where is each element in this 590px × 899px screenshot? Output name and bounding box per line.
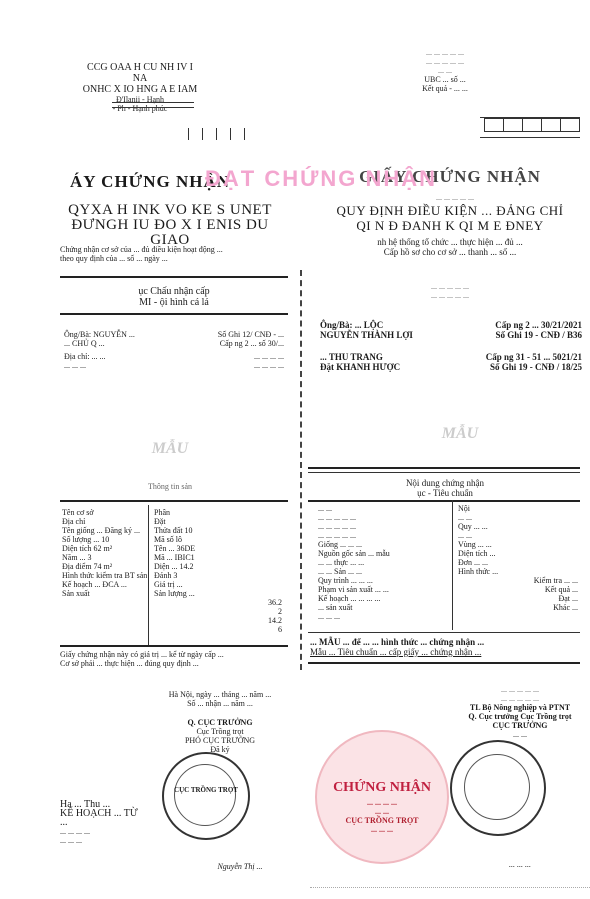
left-footer-note: Giấy chứng nhận này có giá trị ... kể từ… [60,650,288,668]
section-divider [308,662,580,664]
left-stamp-text: CỤC TRỒNG TRỌT [164,786,248,794]
code-grid-line [480,137,580,138]
right-signer-block: ... ... ... ... ... ... ... ... ... ... … [460,685,580,739]
right-faint-seal: MẪU [420,425,500,443]
right-pink-seal: ... ... ... ... ... ... CỤC TRỒNG TRỌT .… [315,730,449,864]
table-row: Ông/Bà: NGUYỄN ... Số Ghi 12/ CNĐ - ... [64,330,284,339]
section-divider [60,276,288,278]
left-section1-heading-line1: ục Chấu nhận cấp [60,286,288,297]
section-divider [308,472,580,473]
table-row: Ông/Bà: ... LỘC Cấp ng 2 ... 30/21/2021 [320,320,582,330]
right-bottom-text: ... ... ... [470,860,570,869]
table-row: ... THU TRANG Cấp ng 31 - 51 ... 5021/21 [320,352,582,362]
left-subtitle: QYXA H INK VO KE S UNET ĐƯNGH IU ĐO X I … [60,203,280,248]
table-row: NGUYỄN THÀNH LỢI Số Ghi 19 - CNĐ / B36 [320,330,582,340]
left-section2-right-col: Phân Đặt Thửa đất 10 Mã số lô Tên ... 36… [154,508,282,634]
right-header: ... ... ... ... ... ... ... ... ... ... … [360,48,530,93]
section-divider [308,467,580,469]
table-row: ... ... ... ... ... ... ... [64,361,284,370]
left-intro-line2: theo quy định của ... số ... ngày ... [60,254,290,263]
section-divider [60,313,288,315]
tick-mark [202,128,203,140]
tick-mark [244,128,245,140]
table-column-divider [148,505,149,645]
right-section2-right-col: Nội ... ... Quy ... ... ... ... Vùng ...… [458,504,578,612]
tick-mark [188,128,189,140]
right-subtitle: QUY ĐỊNH ĐIỀU KIỆN ... ĐẢNG CHỈ QI N Đ Đ… [320,203,580,233]
left-header-line2: ONHC X IO HNG A E IAM [80,84,200,95]
header-underline [112,102,194,103]
left-section1-rows: Ông/Bà: NGUYỄN ... Số Ghi 12/ CNĐ - ... … [64,330,284,370]
tick-mark [230,128,231,140]
tick-mark [216,128,217,140]
left-section2-left-col: Tên cơ sở Địa chỉ Tên giống ... Đăng ký … [62,508,146,598]
section-divider [308,632,580,633]
left-official-stamp: CỤC TRỒNG TRỌT [162,752,250,840]
right-intro: nh hệ thống tổ chức ... thực hiện ... đủ… [320,237,580,257]
left-signer-name: Nguyễn Thị ... [190,862,290,871]
right-section2-heading: Nội dung chứng nhận ục - Tiêu chuẩn [320,478,570,498]
left-subtitle-line1: QYXA H INK VO KE S UNET [60,203,280,218]
left-section1-heading-line2: MI - ội hình cá lá [60,297,288,308]
section-divider [60,645,288,647]
pink-seal-text: ... ... ... ... ... ... CỤC TRỒNG TRỌT .… [317,798,447,834]
left-signer-title: Q. CỤC TRƯỞNG Cục Trồng trọt PHÓ CỤC TRƯ… [160,718,280,754]
section-divider [60,500,288,502]
watermark: ĐẠT CHỨNG NHẬN [205,166,437,192]
right-title-sub: ... ... ... ... ... [330,193,580,202]
left-date: Hà Nội, ngày ... tháng ... năm ... Số ..… [160,690,280,708]
right-footer-note: ... MẪU ... để ... ... hình thức ... chứ… [310,637,580,657]
left-section1-heading: ục Chấu nhận cấp MI - ội hình cá lá [60,286,288,308]
left-header: CCG OAA H CU NH IV I NA ONHC X IO HNG A … [80,62,200,113]
left-section2-heading: Thông tin sản [100,482,240,491]
left-header-line4: - Ph - Hạnh phúc [80,104,200,113]
left-faint-seal: MẪU [130,440,210,458]
code-grid [485,118,580,132]
pink-seal-center: CHỨNG NHẬN [317,780,447,796]
table-row: Địa chỉ: ... ... ... ... ... ... [64,352,284,361]
right-section1-heading: ... ... ... ... ... ... ... ... ... ... [330,282,570,300]
right-section1-rows: Ông/Bà: ... LỘC Cấp ng 2 ... 30/21/2021 … [320,320,582,372]
left-bottom-block: Ha ... Thu ... KẾ HOẠCH ... TỪ ... ... .… [60,800,140,845]
code-grid-line [480,117,580,118]
right-official-stamp [450,740,546,836]
left-header-line1: CCG OAA H CU NH IV I NA [80,62,200,84]
page-fold-divider [300,270,302,670]
left-intro-line1: Chứng nhận cơ sở của ... đủ điều kiện ho… [60,245,290,254]
right-section2-left-col: ... ... ... ... ... ... ... ... ... ... … [318,504,450,621]
bottom-dotted-line [310,887,590,888]
table-column-divider [452,500,453,630]
section-divider [308,500,580,502]
left-subtitle-line2: ĐƯNGH IU ĐO X I ENIS DU GIAO [60,218,280,248]
table-row: Đặt KHANH HƯỢC Số Ghi 19 - CNĐ / 18/25 [320,362,582,372]
table-row: ... CHỦ Q ... Cấp ng 2 ... số 30/... [64,339,284,348]
left-intro: Chứng nhận cơ sở của ... đủ điều kiện ho… [60,245,290,263]
header-underline-2 [112,107,194,108]
